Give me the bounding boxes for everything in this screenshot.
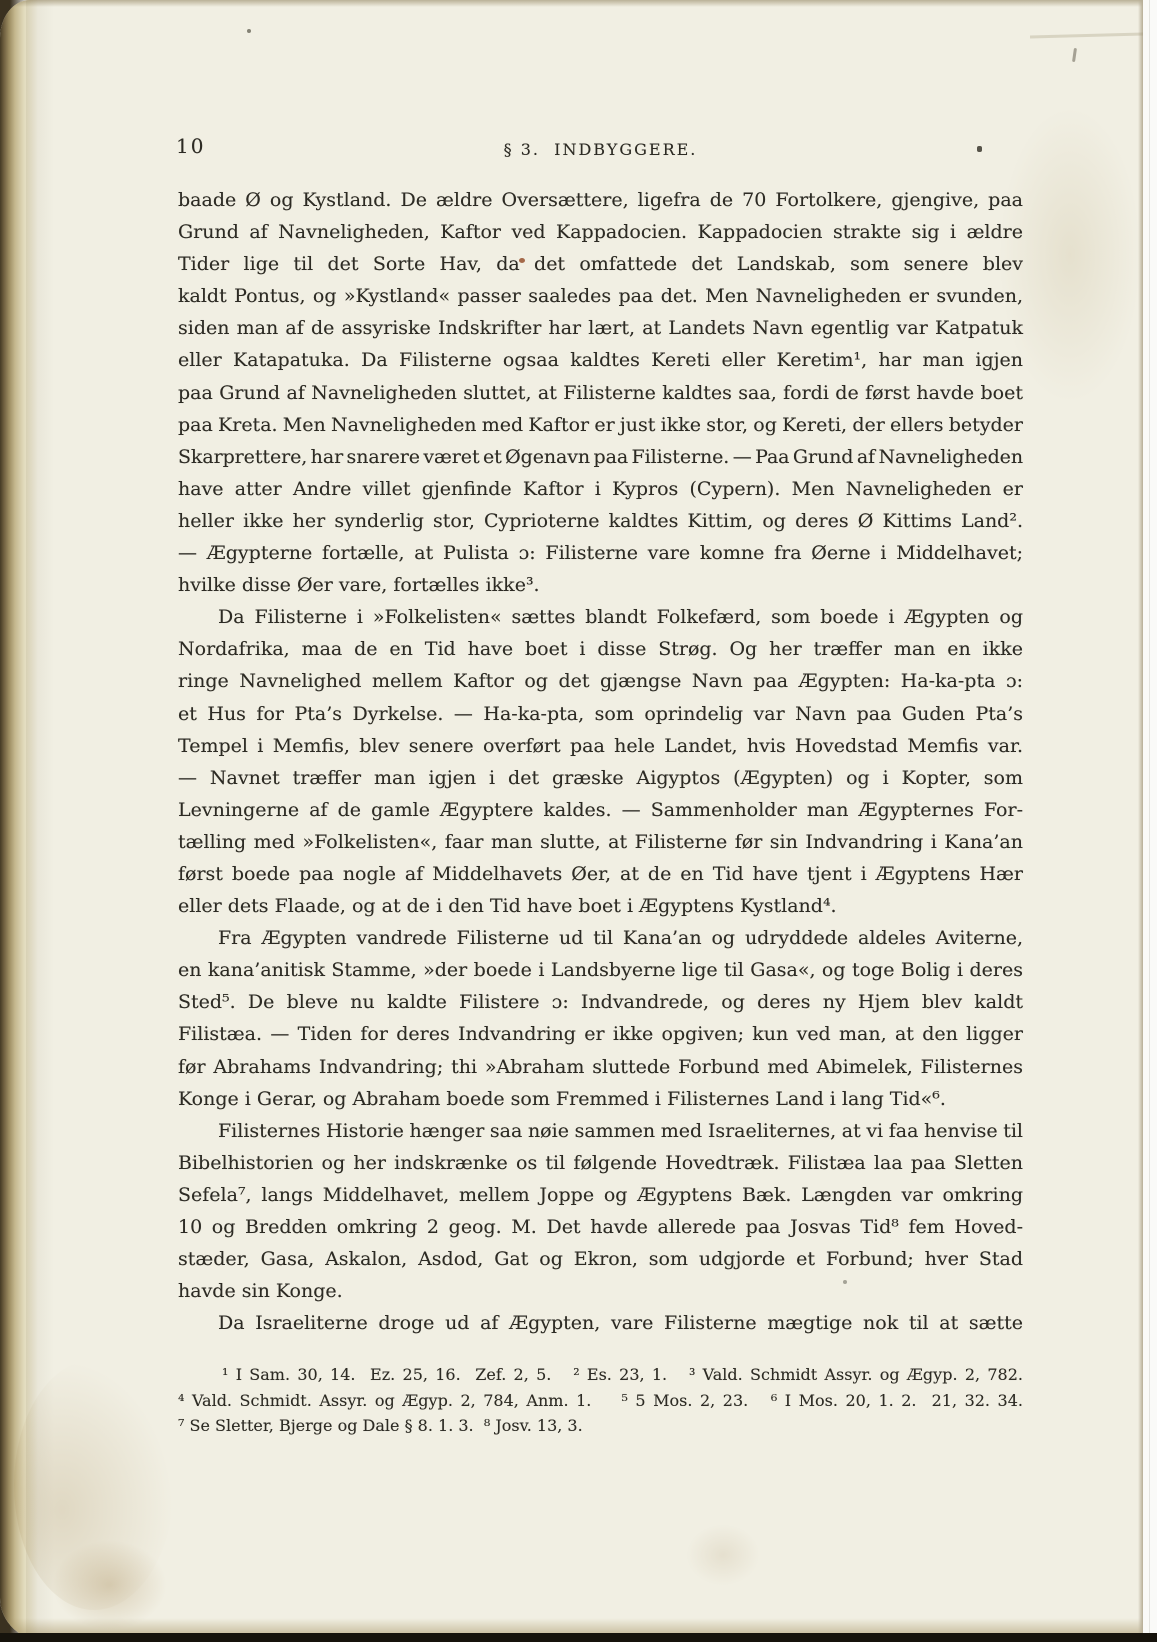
paper-top-edge	[0, 0, 1143, 7]
text-line: Skarprettere, har snarere været et Øgena…	[178, 441, 1023, 473]
running-header: § 3. INDBYGGERE.	[178, 140, 1023, 159]
text-line: havde sin Konge.	[178, 1275, 1023, 1307]
text-line: stæder, Gasa, Askalon, Asdod, Gat og Ekr…	[178, 1243, 1023, 1275]
footnotes: ¹ I Sam. 30, 14. Ez. 25, 16. Zef. 2, 5. …	[178, 1362, 1023, 1439]
text-line: Grund af Navneligheden, Kaftor ved Kappa…	[178, 216, 1023, 248]
book-page-paper: 10 § 3. INDBYGGERE. baade Ø og Kystland.…	[0, 0, 1143, 1642]
scanner-background	[1143, 0, 1157, 1642]
paper-right-edge	[1138, 0, 1143, 1642]
text-line: Tider lige til det Sorte Hav, da det omf…	[178, 248, 1023, 280]
text-line: Filisternes Historie hænger saa nøie sam…	[178, 1115, 1023, 1147]
text-line: Konge i Gerar, og Abraham boede som Frem…	[178, 1083, 1023, 1115]
body-text: baade Ø og Kystland. De ældre Oversætter…	[178, 184, 1023, 1339]
text-line: — Ægypterne fortælle, at Pulista ɔ: Fili…	[178, 537, 1023, 569]
text-line: paa Kreta. Men Navneligheden med Kaftor …	[178, 409, 1023, 441]
text-line: hvilke disse Øer vare, fortælles ikke³.	[178, 569, 1023, 601]
paper-corner-mark	[1030, 33, 1143, 39]
text-line: kaldt Pontus, og »Kystland« passer saale…	[178, 280, 1023, 312]
text-line: 10 og Bredden omkring 2 geog. M. Det hav…	[178, 1211, 1023, 1243]
text-line: eller Katapatuka. Da Filisterne ogsaa ka…	[178, 344, 1023, 376]
text-line: — Navnet træffer man igjen i det græske …	[178, 762, 1023, 794]
text-line: først boede paa nogle af Middelhavets Øe…	[178, 858, 1023, 890]
age-stain	[52, 1540, 167, 1630]
footnote-line: ⁷ Se Sletter, Bjerge og Dale § 8. 1. 3. …	[178, 1413, 1023, 1439]
text-line: siden man af de assyriske Indskrifter ha…	[178, 312, 1023, 344]
scanned-book-page: 10 § 3. INDBYGGERE. baade Ø og Kystland.…	[0, 0, 1157, 1642]
text-line: paa Grund af Navneligheden sluttet, at F…	[178, 377, 1023, 409]
text-line: tælling med »Folkelisten«, faar man slut…	[178, 826, 1023, 858]
scanner-edge-line	[1149, 0, 1150, 1642]
text-line: Nordafrika, maa de en Tid have boet i di…	[178, 633, 1023, 665]
text-line: Bibelhistorien og her indskrænke os til …	[178, 1147, 1023, 1179]
text-line: Fra Ægypten vandrede Filisterne ud til K…	[178, 922, 1023, 954]
footnote-line: ¹ I Sam. 30, 14. Ez. 25, 16. Zef. 2, 5. …	[178, 1362, 1023, 1388]
binding-edge	[0, 0, 38, 1642]
text-line: Sted⁵. De bleve nu kaldte Filistere ɔ: I…	[178, 986, 1023, 1018]
text-line: ringe Navnelighed mellem Kaftor og det g…	[178, 665, 1023, 697]
age-stain	[14, 1360, 174, 1610]
text-line: en kana’anitisk Stamme, »der boede i Lan…	[178, 954, 1023, 986]
text-line: Filistæa. — Tiden for deres Indvandring …	[178, 1018, 1023, 1050]
ink-speck	[1072, 48, 1077, 62]
text-line: heller ikke her synderlig stor, Cypriote…	[178, 505, 1023, 537]
text-line: Sefela⁷, langs Middelhavet, mellem Joppe…	[178, 1179, 1023, 1211]
text-line: eller dets Flaade, og at de i den Tid ha…	[178, 890, 1023, 922]
text-line: Levningerne af de gamle Ægyptere kaldes.…	[178, 794, 1023, 826]
age-stain	[686, 1524, 760, 1586]
text-line: et Hus for Pta’s Dyrkelse. — Ha-ka-pta, …	[178, 698, 1023, 730]
text-line: baade Ø og Kystland. De ældre Oversætter…	[178, 184, 1023, 216]
ink-speck	[247, 29, 251, 33]
text-line: Tempel i Memfis, blev senere overført pa…	[178, 730, 1023, 762]
scan-bottom-strip	[0, 1633, 1157, 1642]
text-line: Da Filisterne i »Folkelisten« sættes bla…	[178, 601, 1023, 633]
text-line: have atter Andre villet gjenfinde Kaftor…	[178, 473, 1023, 505]
footnote-line: ⁴ Vald. Schmidt. Assyr. og Ægyp. 2, 784,…	[178, 1388, 1023, 1414]
text-line: før Abrahams Indvandring; thi »Abraham s…	[178, 1051, 1023, 1083]
text-line: Da Israeliterne droge ud af Ægypten, var…	[178, 1307, 1023, 1339]
